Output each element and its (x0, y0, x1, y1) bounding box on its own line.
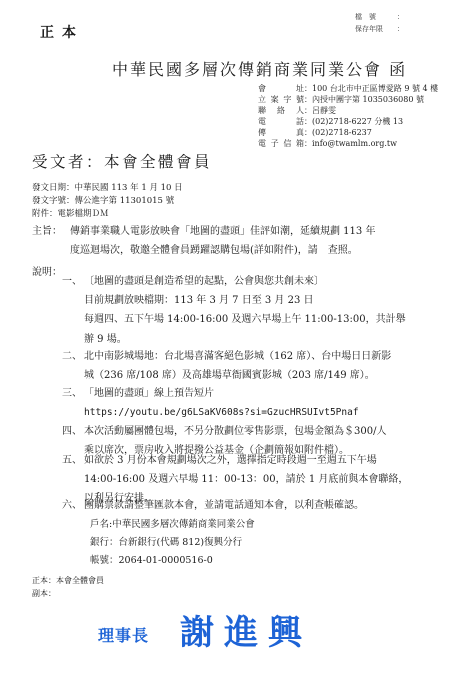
contact-phone: 電話：(02)2718-6227 分機 13 (258, 116, 438, 127)
signature-title: 理事長 (98, 623, 149, 646)
contact-block: 會址：100 台北市中正區博愛路 9 號 4 樓 立案字號：內授中團字第 103… (258, 83, 438, 149)
signature-name: 謝進興 (180, 611, 312, 655)
contact-email: 電子信箱：info@twamlm.org.tw (258, 138, 438, 149)
contact-registration: 立案字號：內授中團字第 1035036080 號 (258, 94, 438, 105)
file-number-label: 檔 號 (355, 11, 397, 23)
bank-info: 戶名:中華民國多層次傳銷商業同業公會 銀行：台新銀行(代碼 812)復興分行 帳… (90, 516, 255, 570)
retention-label: 保存年限 (355, 23, 397, 35)
original-recipients: 正本：本會全體會員 (32, 574, 104, 587)
trailer-link[interactable]: https://youtu.be/g6LSaKV608s?si=GzucHRSU… (84, 403, 359, 422)
subject-line-2: 度巡迴場次，敬邀全體會員踴躍認購包場(詳如附件)，請 查照。 (32, 241, 452, 260)
bank-name: 銀行：台新銀行(代碼 812)復興分行 (90, 534, 255, 552)
copy-type-label: 正本 (40, 22, 84, 42)
file-number-row: 檔 號： (355, 11, 404, 23)
subject: 主旨：傳銷事業職人電影放映會「地圖的盡頭」佳評如潮，延續規劃 113 年 度巡迴… (32, 222, 452, 260)
attachment: 附件：電影檔期ＤＭ (32, 208, 183, 221)
account-name: 戶名:中華民國多層次傳銷商業同業公會 (90, 516, 255, 534)
copy-recipients: 副本： (32, 587, 104, 600)
contact-address: 會址：100 台北市中正區博愛路 9 號 4 樓 (258, 83, 438, 94)
contact-person: 聯絡人：呂靜雯 (258, 105, 438, 116)
retention-row: 保存年限： (355, 23, 404, 35)
issue-date: 發文日期：中華民國 113 年 1 月 10 日 (32, 182, 183, 195)
contact-fax: 傳真：(02)2718-6237 (258, 127, 438, 138)
account-number: 帳號：2064-01-0000516-0 (90, 552, 255, 570)
explanation-label: 說明： (32, 263, 62, 278)
document-title: 中華民國多層次傳銷商業同業公會 函 (112, 57, 407, 80)
distribution: 正本：本會全體會員 副本： (32, 574, 104, 600)
recipient: 受文者：本會全體會員 (32, 150, 212, 172)
email-link[interactable]: info@twamlm.org.tw (312, 138, 397, 149)
document-meta: 發文日期：中華民國 113 年 1 月 10 日 發文字號：傳公進字第 1130… (32, 182, 183, 221)
subject-label: 主旨： (32, 222, 70, 241)
issue-number: 發文字號：傳公進字第 11301015 號 (32, 195, 183, 208)
subject-line-1: 傳銷事業職人電影放映會「地圖的盡頭」佳評如潮，延續規劃 113 年 (70, 226, 375, 237)
file-meta: 檔 號： 保存年限： (355, 11, 404, 35)
